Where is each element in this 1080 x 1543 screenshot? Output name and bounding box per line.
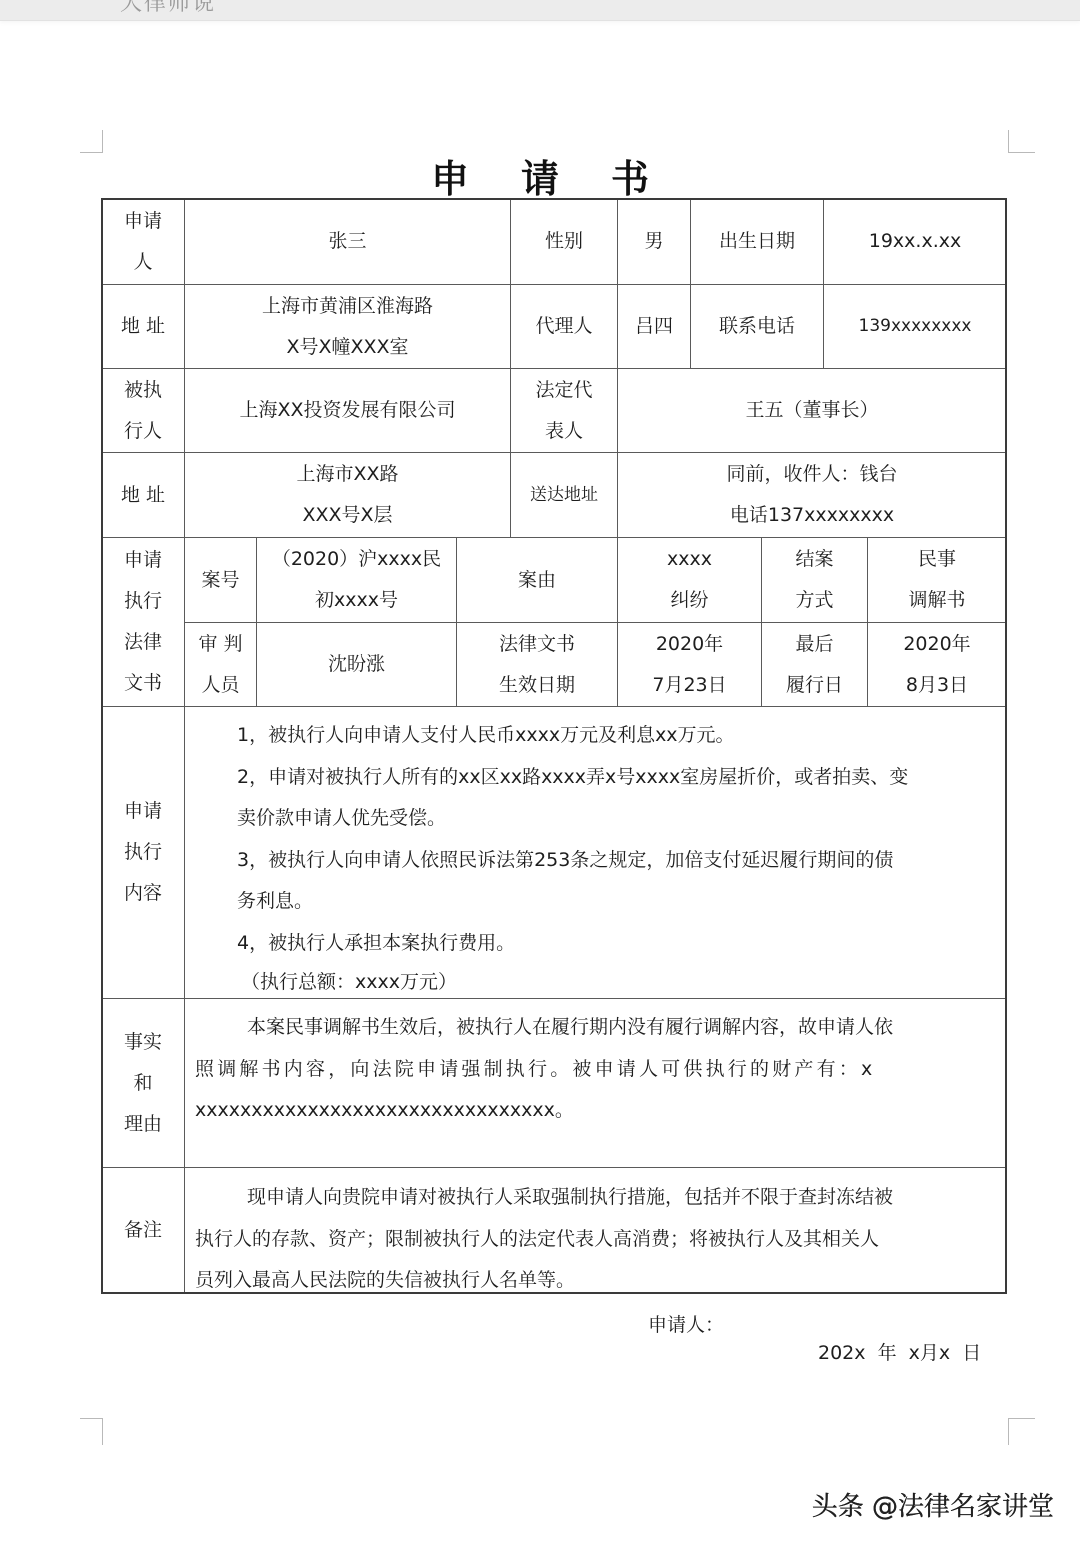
applicant-label-cell: 申请 人 bbox=[101, 198, 185, 285]
facts-line: 本案民事调解书生效后，被执行人在履行期内没有履行调解内容，故申请人依 bbox=[195, 1007, 998, 1049]
execution-content-cell: 1，被执行人向申请人支付人民币xxxx万元及利息xx万元。 2，申请对被执行人所… bbox=[184, 706, 1007, 999]
agent-label: 代理人 bbox=[535, 306, 592, 347]
execution-item-continuation: 务利息。 bbox=[195, 881, 998, 923]
deadline-label: 最后 履行日 bbox=[786, 624, 843, 706]
deadline-value-cell: 2020年 8月3日 bbox=[867, 622, 1007, 707]
closure-label-cell: 结案 方式 bbox=[761, 537, 868, 623]
execution-item: 2，申请对被执行人所有的xx区xx路xxxx弄x号xxxx室房屋折价，或者拍卖、… bbox=[195, 757, 998, 799]
execution-content-label-cell: 申请 执行 内容 bbox=[101, 706, 185, 999]
legal-rep-label: 法定代 表人 bbox=[535, 370, 592, 452]
respondent-name-cell: 上海XX投资发展有限公司 bbox=[184, 368, 511, 453]
judge-value-cell: 沈盼涨 bbox=[256, 622, 457, 707]
service-address-value: 同前，收件人：钱台 电话137xxxxxxxx bbox=[726, 454, 897, 536]
applicant-address-label: 地 址 bbox=[121, 306, 165, 347]
signature-applicant-label: 申请人： bbox=[648, 1310, 724, 1337]
legal-rep-label-cell: 法定代 表人 bbox=[510, 368, 618, 453]
applicant-name: 张三 bbox=[328, 221, 366, 262]
remarks-cell: 现申请人向贵院申请对被执行人采取强制执行措施，包括并不限于查封冻结被 执行人的存… bbox=[184, 1167, 1007, 1294]
judge-label: 审 判 人员 bbox=[198, 624, 242, 706]
agent-label-cell: 代理人 bbox=[510, 284, 618, 369]
respondent-address-label-cell: 地 址 bbox=[101, 452, 185, 538]
page-corner-mark-bottom-right bbox=[1008, 1418, 1035, 1445]
gender-label: 性别 bbox=[545, 221, 583, 262]
closure-value-cell: 民事 调解书 bbox=[867, 537, 1007, 623]
execution-item-continuation: 卖价款申请人优先受偿。 bbox=[195, 798, 998, 840]
facts-label: 事实 和 理由 bbox=[124, 1022, 162, 1145]
signature-date: 202x 年 x月x 日 bbox=[818, 1338, 981, 1365]
birth-label: 出生日期 bbox=[719, 221, 795, 262]
respondent-address-value-cell: 上海市XX路 XXX号X层 bbox=[184, 452, 511, 538]
facts-line: 照调解书内容，向法院申请强制执行。被申请人可供执行的财产有：x bbox=[195, 1049, 998, 1091]
applicant-address-label-cell: 地 址 bbox=[101, 284, 185, 369]
legal-rep-value: 王五（董事长） bbox=[745, 390, 878, 431]
service-address-value-cell: 同前，收件人：钱台 电话137xxxxxxxx bbox=[617, 452, 1007, 538]
agent-value: 吕四 bbox=[635, 306, 673, 347]
remarks-label-cell: 备注 bbox=[101, 1167, 185, 1294]
phone-label-cell: 联系电话 bbox=[690, 284, 824, 369]
execution-item: 3，被执行人向申请人依照民诉法第253条之规定，加倍支付延迟履行期间的债 bbox=[195, 840, 998, 882]
case-number-value-cell: （2020）沪xxxx民 初xxxx号 bbox=[256, 537, 457, 623]
document-title: 申请书 bbox=[0, 148, 1080, 203]
cause-label-cell: 案由 bbox=[456, 537, 618, 623]
birth-value: 19xx.x.xx bbox=[869, 221, 961, 262]
respondent-address-value: 上海市XX路 XXX号X层 bbox=[296, 454, 398, 536]
toolbar-ghost-text: 大律师说 bbox=[120, 0, 216, 17]
respondent-label-cell: 被执 行人 bbox=[101, 368, 185, 453]
execution-item: 1，被执行人向申请人支付人民币xxxx万元及利息xx万元。 bbox=[195, 715, 998, 757]
applicant-address-value: 上海市黄浦区淮海路 X号X幢XXX室 bbox=[262, 286, 433, 368]
agent-value-cell: 吕四 bbox=[617, 284, 691, 369]
phone-value-cell: 139xxxxxxxx bbox=[823, 284, 1007, 369]
title-char: 申 bbox=[431, 148, 469, 203]
title-char: 书 bbox=[611, 148, 649, 203]
remarks-line: 现申请人向贵院申请对被执行人采取强制执行措施，包括并不限于查封冻结被 bbox=[195, 1177, 998, 1219]
legal-document-label: 申请 执行 法律 文书 bbox=[124, 540, 162, 704]
cause-value-cell: xxxx 纠纷 bbox=[617, 537, 762, 623]
judge-label-cell: 审 判 人员 bbox=[184, 622, 257, 707]
remarks-line: 执行人的存款、资产；限制被执行人的法定代表人高消费；将被执行人及其相关人 bbox=[195, 1219, 998, 1261]
gender-label-cell: 性别 bbox=[510, 198, 618, 285]
deadline-label-cell: 最后 履行日 bbox=[761, 622, 868, 707]
legal-document-label-cell: 申请 执行 法律 文书 bbox=[101, 537, 185, 707]
facts-cell: 本案民事调解书生效后，被执行人在履行期内没有履行调解内容，故申请人依 照调解书内… bbox=[184, 998, 1007, 1168]
facts-label-cell: 事实 和 理由 bbox=[101, 998, 185, 1168]
birth-label-cell: 出生日期 bbox=[690, 198, 824, 285]
service-address-label: 送达地址 bbox=[530, 475, 598, 516]
execution-content-label: 申请 执行 内容 bbox=[124, 791, 162, 914]
judge-value: 沈盼涨 bbox=[328, 644, 385, 685]
effective-date-value-cell: 2020年 7月23日 bbox=[617, 622, 762, 707]
applicant-label: 申请 人 bbox=[124, 201, 162, 283]
cause-value: xxxx 纠纷 bbox=[667, 539, 712, 621]
service-address-label-cell: 送达地址 bbox=[510, 452, 618, 538]
respondent-address-label: 地 址 bbox=[121, 475, 165, 516]
phone-value: 139xxxxxxxx bbox=[859, 306, 972, 347]
gender-value-cell: 男 bbox=[617, 198, 691, 285]
cause-label: 案由 bbox=[518, 560, 556, 601]
page-corner-mark-bottom-left bbox=[80, 1418, 103, 1445]
remarks-line: 员列入最高人民法院的失信被执行人名单等。 bbox=[195, 1260, 998, 1302]
phone-label: 联系电话 bbox=[719, 306, 795, 347]
execution-item: 4，被执行人承担本案执行费用。 bbox=[195, 923, 998, 965]
respondent-name: 上海XX投资发展有限公司 bbox=[239, 390, 455, 431]
remarks-label: 备注 bbox=[124, 1210, 162, 1251]
watermark-text: 头条 @法律名家讲堂 bbox=[812, 1486, 1054, 1523]
effective-date-label: 法律文书 生效日期 bbox=[499, 624, 575, 706]
gender-value: 男 bbox=[644, 221, 663, 262]
case-number-label: 案号 bbox=[201, 560, 239, 601]
facts-line: xxxxxxxxxxxxxxxxxxxxxxxxxxxxxxxx。 bbox=[195, 1090, 998, 1132]
applicant-address-value-cell: 上海市黄浦区淮海路 X号X幢XXX室 bbox=[184, 284, 511, 369]
case-number-value: （2020）沪xxxx民 初xxxx号 bbox=[272, 539, 441, 621]
legal-rep-value-cell: 王五（董事长） bbox=[617, 368, 1007, 453]
title-char: 请 bbox=[521, 148, 559, 203]
closure-value: 民事 调解书 bbox=[908, 539, 965, 621]
birth-value-cell: 19xx.x.xx bbox=[823, 198, 1007, 285]
execution-total: （执行总额：xxxx万元） bbox=[195, 964, 998, 1000]
respondent-label: 被执 行人 bbox=[124, 370, 162, 452]
deadline-value: 2020年 8月3日 bbox=[903, 624, 970, 706]
effective-date-label-cell: 法律文书 生效日期 bbox=[456, 622, 618, 707]
closure-label: 结案 方式 bbox=[795, 539, 833, 621]
effective-date-value: 2020年 7月23日 bbox=[652, 624, 726, 706]
top-toolbar: 大律师说 bbox=[0, 0, 1080, 21]
case-number-label-cell: 案号 bbox=[184, 537, 257, 623]
applicant-name-cell: 张三 bbox=[184, 198, 511, 285]
